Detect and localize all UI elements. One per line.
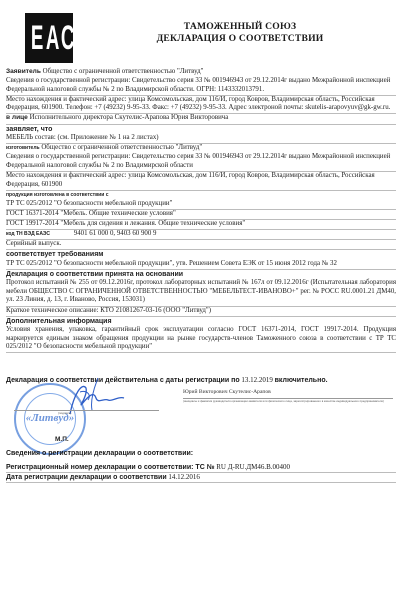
manufacturer-row: изготовитель Общество с ограниченной отв… bbox=[6, 144, 396, 153]
produced-per-item: ГОСТ 19917-2014 "Мебель для сидения и ле… bbox=[6, 220, 396, 230]
requirements-text: ТР ТС 025/2012 "О безопасности мебельной… bbox=[6, 260, 396, 270]
applicant-address: Место нахождения и фактический адрес: ул… bbox=[6, 96, 396, 115]
manufacturer-registration: Сведения о государственной регистрации: … bbox=[6, 153, 396, 172]
declares-label: заявляет, что bbox=[6, 125, 396, 135]
registration-date-label: Дата регистрации декларации о соответств… bbox=[6, 474, 167, 481]
registration-number-row: Регистрационный номер декларации о соотв… bbox=[6, 463, 396, 473]
registration-number-label: Регистрационный номер декларации о соотв… bbox=[6, 464, 215, 471]
eac-letter-c: С bbox=[60, 17, 67, 59]
tn-ved-value: 9401 61 000 0, 9403 60 900 9 bbox=[74, 230, 157, 239]
representative-row: в лице Исполнительного директора Скутели… bbox=[6, 114, 396, 124]
registration-number-value: RU Д-RU.ДМ46.В.00400 bbox=[216, 463, 290, 471]
registration-date-value: 14.12.2016 bbox=[168, 473, 200, 481]
manufacturer-label: изготовитель bbox=[6, 145, 40, 151]
validity-date: 13.12.2019 bbox=[241, 376, 273, 384]
manufacturer-address: Место нахождения и фактический адрес: ул… bbox=[6, 172, 396, 191]
signer-name: Юрий Викторович Скутелис-Арапов bbox=[183, 389, 271, 395]
produced-per-label: продукция изготовлена в соответствии с bbox=[6, 191, 396, 200]
eac-logo-icon: Е А С bbox=[25, 13, 73, 63]
registration-section: Сведения о регистрации декларации о соот… bbox=[6, 449, 396, 483]
signature-caption: (подпись) bbox=[58, 411, 71, 415]
representative-label: в лице bbox=[6, 114, 28, 121]
product-text: МЕБЕЛЬ состав: (см. Приложение № 1 на 2 … bbox=[6, 134, 396, 144]
applicant-registration: Сведения о государственной регистрации: … bbox=[6, 77, 396, 96]
applicant-label: Заявитель bbox=[6, 68, 41, 75]
registration-date-row: Дата регистрации декларации о соответств… bbox=[6, 473, 396, 483]
additional-label: Дополнительная информация bbox=[6, 317, 396, 327]
validity-suffix: включительно. bbox=[275, 377, 328, 384]
representative-text: Исполнительного директора Скутелис-Арапо… bbox=[30, 114, 229, 121]
tn-ved-row: код ТН ВЭД ЕАЭС 9401 61 000 0, 9403 60 9… bbox=[6, 230, 396, 240]
declaration-document: Е А С ТАМОЖЕННЫЙ СОЮЗ ДЕКЛАРАЦИЯ О СООТВ… bbox=[0, 0, 400, 600]
additional-text: Условия хранения, упаковка, гарантийный … bbox=[6, 326, 396, 353]
title-customs-union: ТАМОЖЕННЫЙ СОЮЗ bbox=[90, 21, 390, 33]
signature-line bbox=[14, 410, 159, 411]
manufacturer-name: Общество с ограниченной ответственностью… bbox=[41, 144, 202, 151]
applicant-row: Заявитель Общество с ограниченной ответс… bbox=[6, 68, 396, 77]
basis-protocols: Протокол испытаний № 255 от 09.12.2016г,… bbox=[6, 279, 396, 306]
declaration-body: Заявитель Общество с ограниченной ответс… bbox=[6, 68, 396, 353]
registration-heading: Сведения о регистрации декларации о соот… bbox=[6, 449, 396, 458]
eac-letter-a: А bbox=[45, 17, 52, 59]
tn-ved-label: код ТН ВЭД ЕАЭС bbox=[6, 231, 50, 237]
basis-label: Декларация о соответствии принята на осн… bbox=[6, 270, 396, 280]
eac-letter-e: Е bbox=[30, 17, 37, 59]
basis-description: Краткое техническое описание: КТО 210812… bbox=[6, 307, 396, 317]
signer-caption: (инициалы и фамилия руководителя организ… bbox=[183, 400, 393, 403]
release-type: Серийный выпуск. bbox=[6, 240, 396, 250]
title-declaration: ДЕКЛАРАЦИЯ О СООТВЕТСТВИИ bbox=[90, 33, 390, 45]
applicant-name: Общество с ограниченной ответственностью… bbox=[43, 68, 204, 75]
document-title: ТАМОЖЕННЫЙ СОЮЗ ДЕКЛАРАЦИЯ О СООТВЕТСТВИ… bbox=[90, 21, 390, 45]
requirements-label: соответствует требованиям bbox=[6, 250, 396, 260]
produced-per-item: ГОСТ 16371-2014 "Мебель. Общие техническ… bbox=[6, 210, 396, 220]
produced-per-item: ТР ТС 025/2012 "О безопасности мебельной… bbox=[6, 200, 396, 210]
seal-place-label: М.П. bbox=[55, 436, 69, 443]
